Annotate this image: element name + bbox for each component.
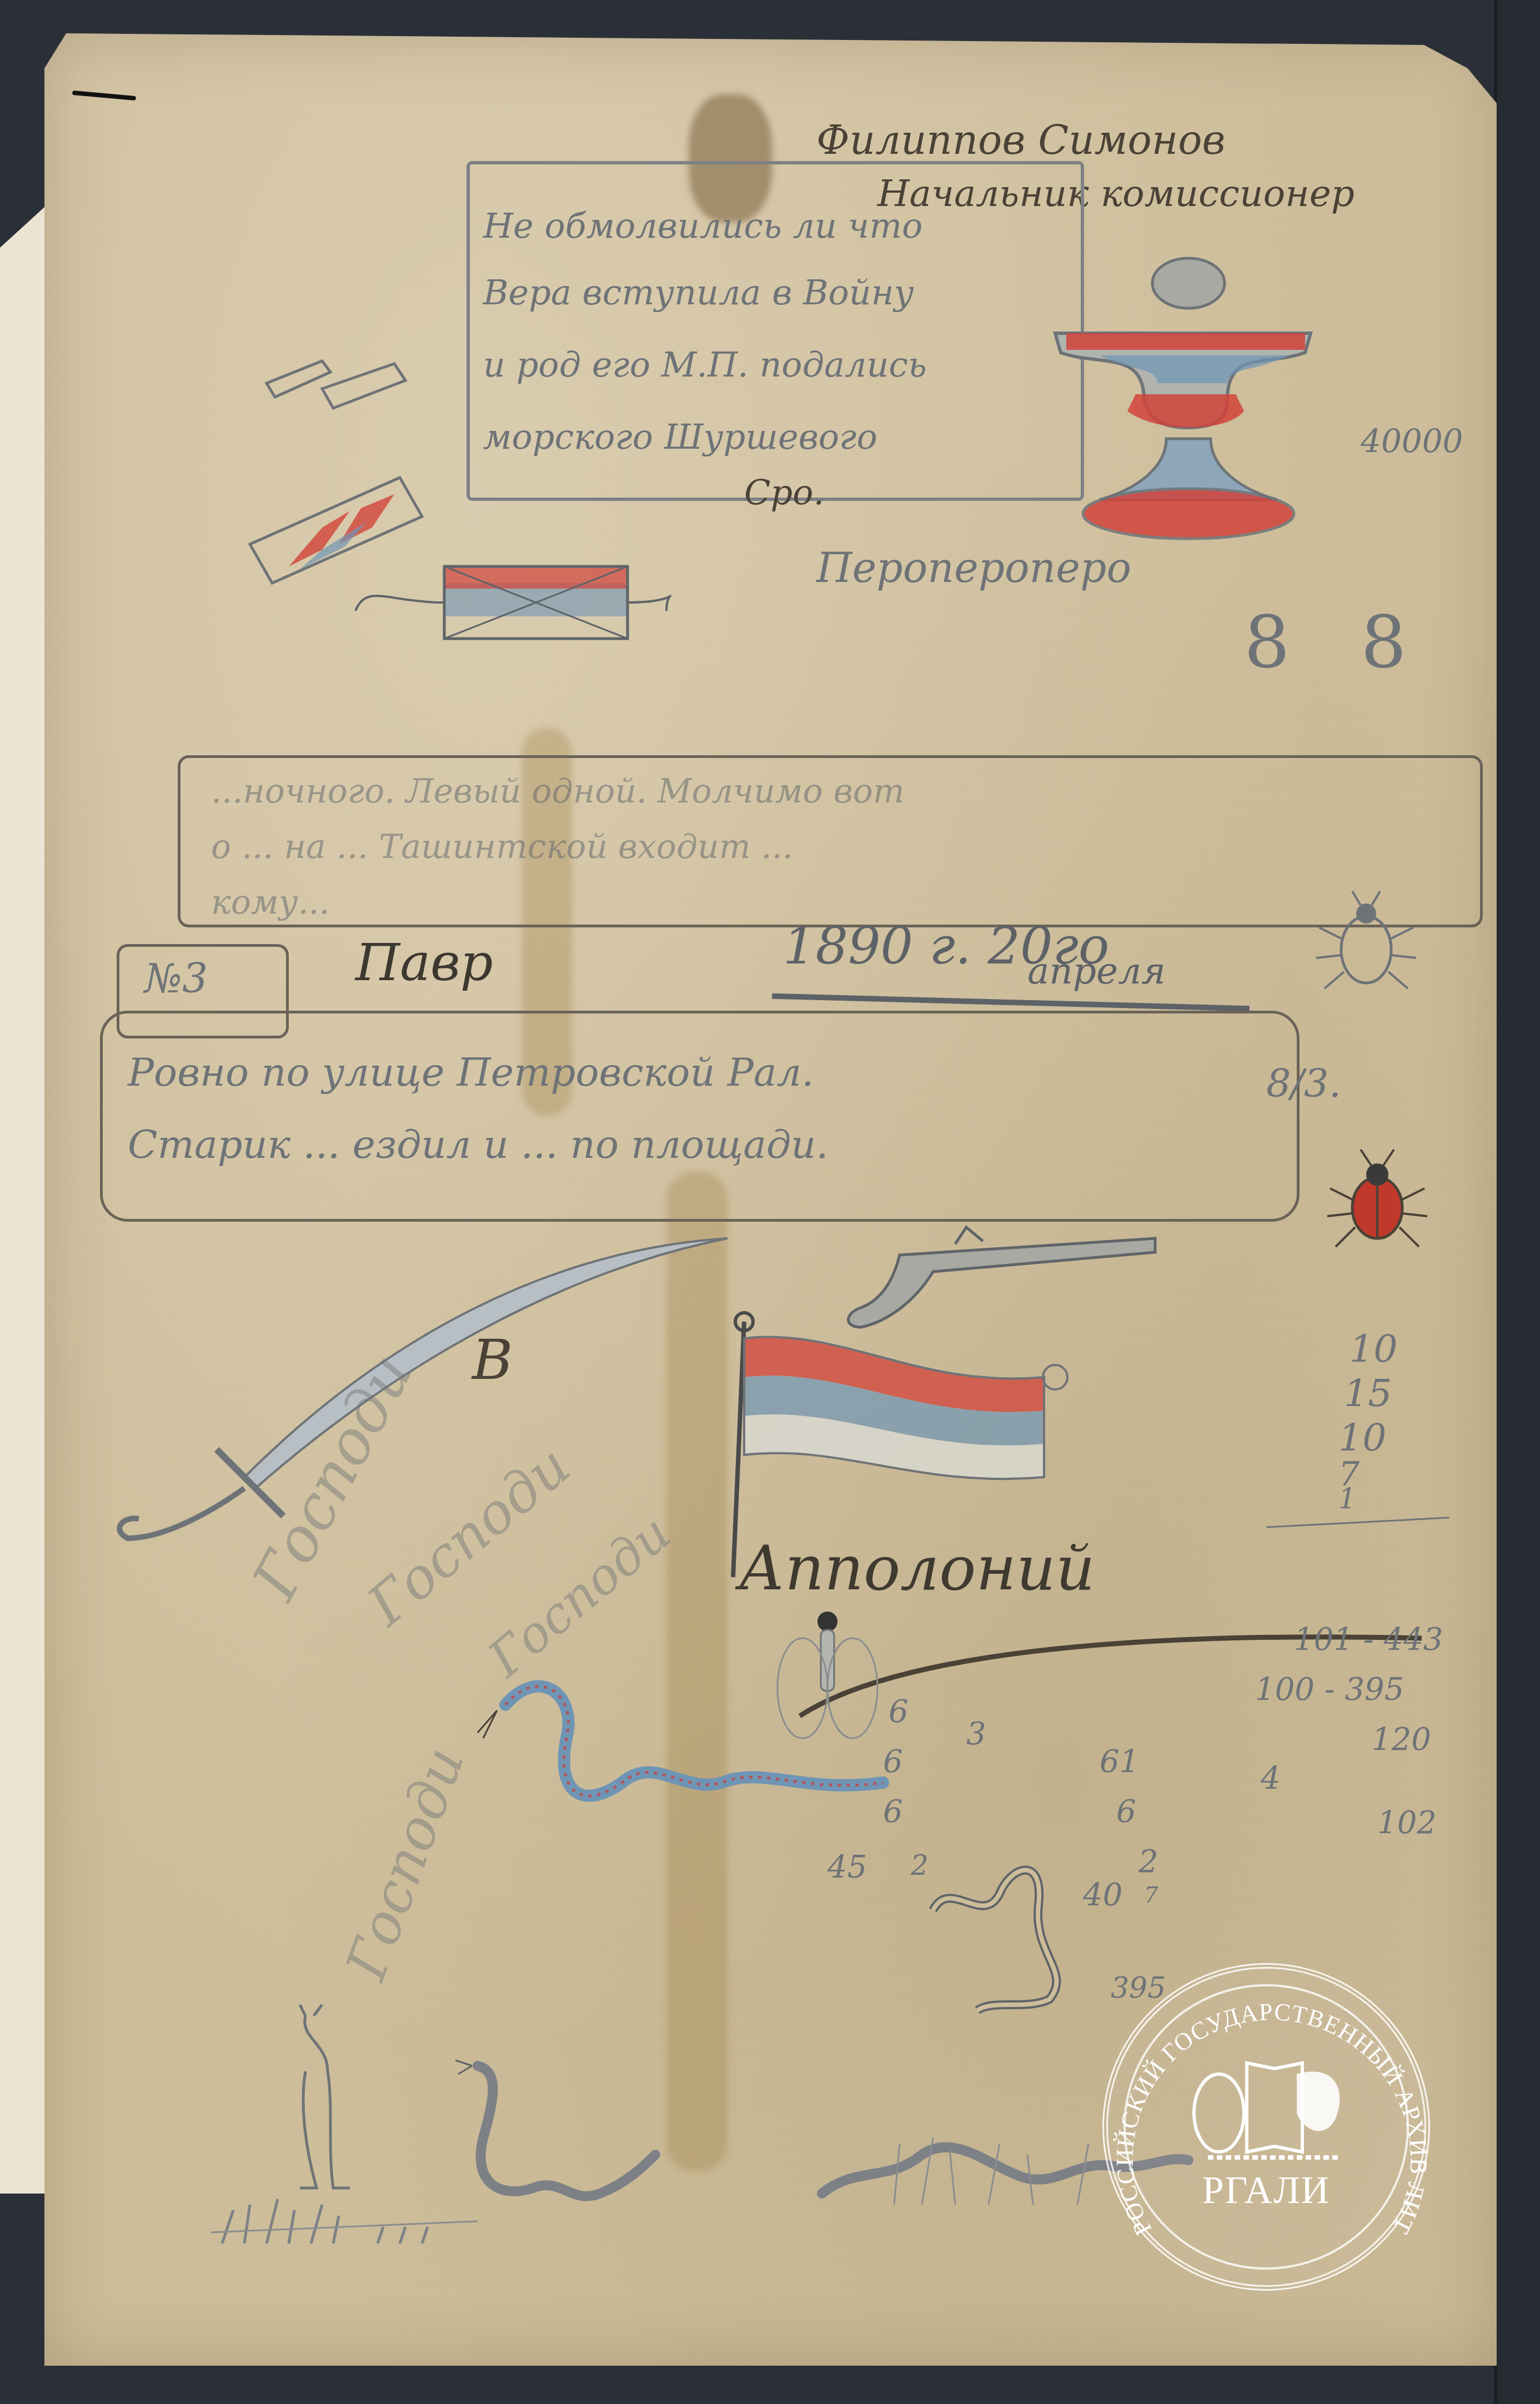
- tricolor-ornament-icon: [355, 550, 666, 716]
- numbers-column-item: 15: [1344, 1372, 1392, 1416]
- rabbit-icon: [261, 2005, 372, 2205]
- scattered-number: 45: [827, 1849, 867, 1885]
- word-pavr: Павр: [355, 933, 493, 992]
- faint-word: Господи: [333, 1739, 477, 1988]
- sum-line: [1266, 1517, 1449, 1528]
- box-top-line: Не обмолвились ли что: [483, 205, 922, 246]
- mount-edge: [1494, 0, 1540, 2404]
- arithmetic-line: 4: [1261, 1760, 1281, 1796]
- box-top-line: Сро.: [744, 472, 824, 513]
- snake-upright-icon: [444, 2055, 755, 2221]
- fraction-note: 8/3.: [1266, 1061, 1341, 1106]
- numbers-column-item: 1: [1338, 1483, 1356, 1515]
- box-lower-line: Старик ... ездил и ... по площади.: [128, 1122, 829, 1167]
- archive-stamp: РОССИЙСКИЙ ГОСУДАРСТВЕННЫЙ АРХИВ ЛИТЕРАТ…: [1102, 1963, 1430, 2291]
- vase-icon: [1044, 255, 1322, 589]
- box-lower-line: Ровно по улице Петровской Рал.: [128, 1050, 814, 1095]
- box-top-line: и род его М.П. подались: [483, 344, 927, 385]
- snake-colored-icon: [472, 1672, 905, 1838]
- saber-icon: [106, 1227, 772, 1560]
- scattered-number: 6: [1116, 1794, 1136, 1830]
- stamp-abbreviation: РГАЛИ: [1108, 2169, 1424, 2213]
- arithmetic-line: 120: [1372, 1722, 1431, 1758]
- numbers-column-item: 10: [1350, 1327, 1398, 1371]
- date-year: 1890 г.: [783, 916, 971, 976]
- scattered-number: 7: [1144, 1883, 1158, 1908]
- date-underline: [772, 993, 1250, 1012]
- box-middle-line: ...ночного. Левый одной. Молчимо вот: [211, 772, 905, 811]
- glyph-eight: 8: [1244, 600, 1290, 684]
- stamp-emblem-icon: [1186, 2041, 1358, 2169]
- number-top-right: 40000: [1361, 422, 1463, 460]
- glyph-eight: 8: [1361, 600, 1407, 684]
- header-name: Филиппов Симонов: [816, 117, 1225, 163]
- envelope-sketches-icon: [211, 255, 544, 589]
- label-number: №3: [144, 955, 208, 1002]
- arithmetic-line: 102: [1377, 1805, 1437, 1841]
- box-middle-line: кому...: [211, 883, 330, 922]
- flourish-text: Перопероперо: [816, 544, 1131, 592]
- box-middle-line: о ... на ... Ташинтской входит ...: [211, 827, 793, 866]
- scattered-number: 2: [1138, 1844, 1158, 1880]
- box-top-line: Вера вступила в Войну: [483, 272, 914, 313]
- grass-sketch-icon: [211, 2188, 489, 2288]
- arithmetic-line: 100 - 395: [1255, 1672, 1404, 1708]
- letter-v: В: [472, 1327, 513, 1392]
- scattered-number: 3: [966, 1716, 986, 1752]
- scattered-number: 61: [1100, 1744, 1139, 1780]
- arithmetic-line: 101 - 443: [1294, 1622, 1443, 1658]
- beetle-pencil-icon: [1311, 889, 1422, 1000]
- binding-thread: [72, 91, 136, 101]
- beetle-red-icon: [1322, 1144, 1433, 1255]
- snake-pencil-icon: [916, 1844, 1094, 2021]
- date-month: апреля: [1027, 950, 1166, 992]
- numbers-column-item: 10: [1338, 1416, 1387, 1460]
